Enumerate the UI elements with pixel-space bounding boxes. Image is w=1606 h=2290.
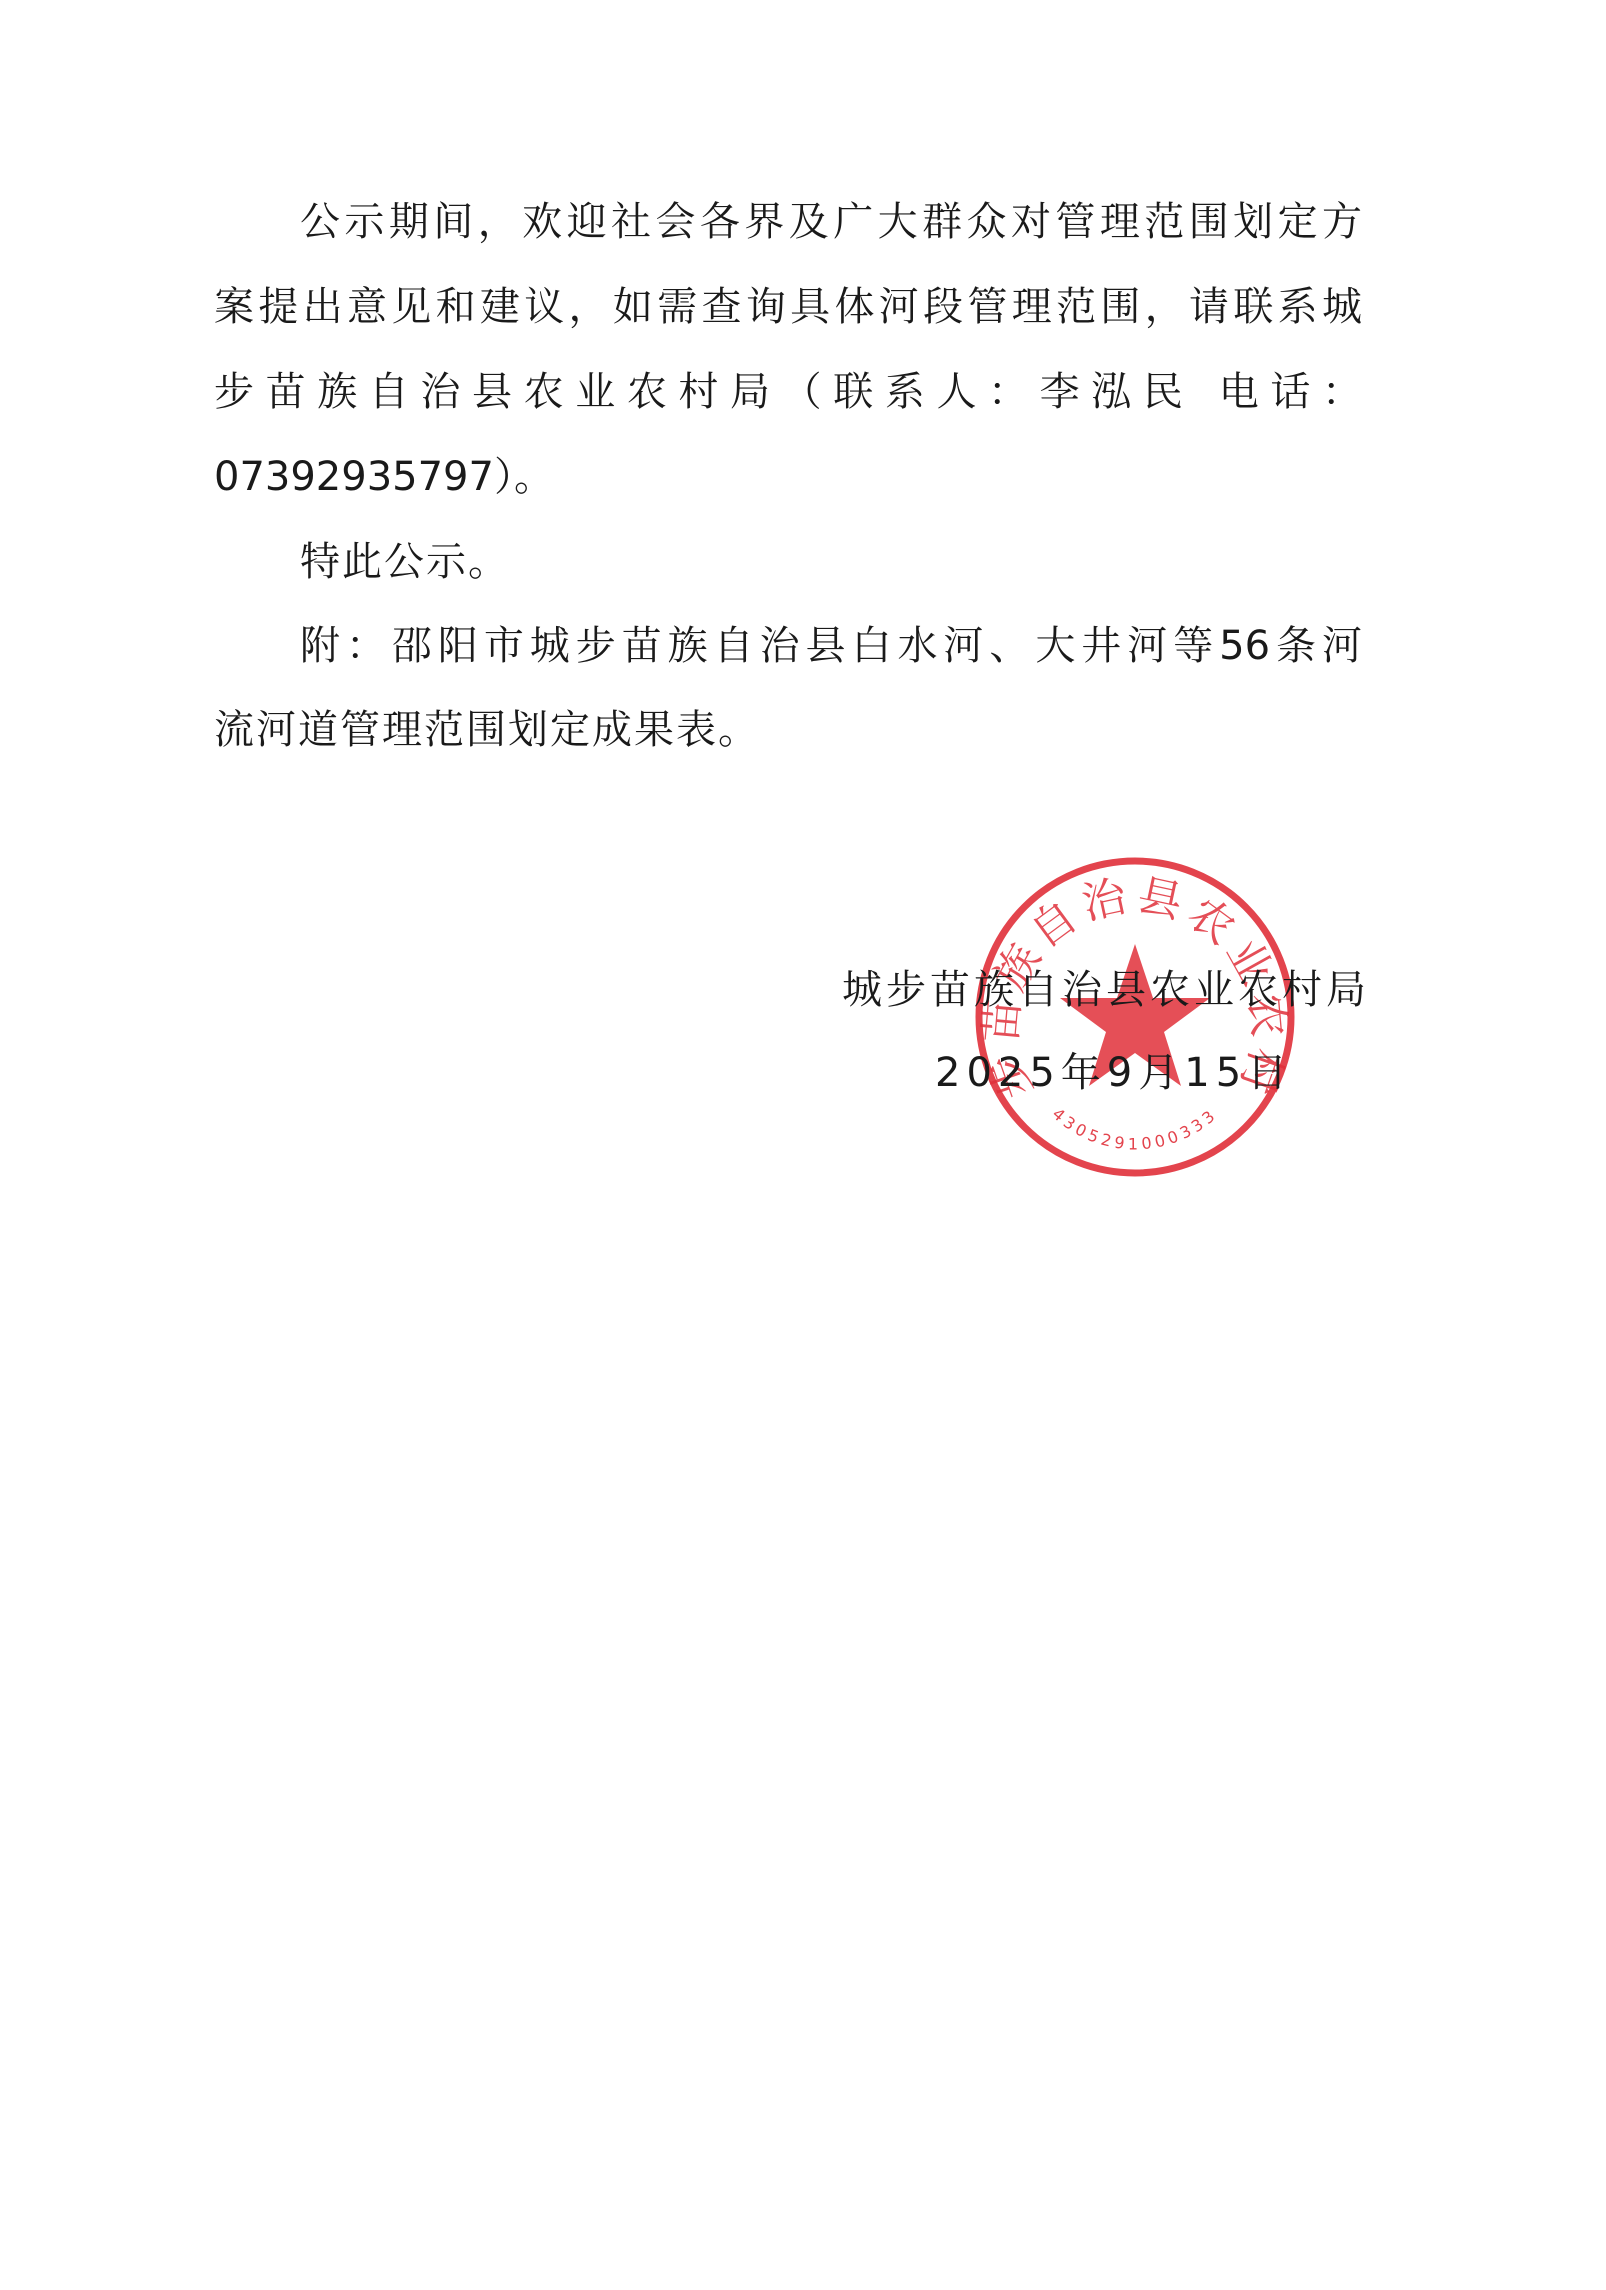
- official-seal-icon: 城步苗族自治县农业农村局 4305291000333: [970, 852, 1300, 1182]
- signature-date: 2025年9月15日: [935, 1049, 1293, 1097]
- paragraph-1-line-4: 07392935797）。: [214, 453, 554, 501]
- paragraph-2-line-1: 特此公示。: [300, 538, 510, 586]
- document-page: 公示期间，欢迎社会各界及广大群众对管理范围划定方 案提出意见和建议，如需查询具体…: [0, 0, 1606, 2290]
- paragraph-1-line-1: 公示期间，欢迎社会各界及广大群众对管理范围划定方: [300, 198, 1362, 246]
- svg-text:4305291000333: 4305291000333: [1049, 1104, 1222, 1153]
- signature-organization: 城步苗族自治县农业农村局: [842, 966, 1370, 1014]
- paragraph-3-line-1: 附：邵阳市城步苗族自治县白水河、大井河等56条河: [300, 622, 1362, 670]
- paragraph-1-line-2: 案提出意见和建议，如需查询具体河段管理范围，请联系城: [214, 283, 1362, 331]
- paragraph-3-line-2: 流河道管理范围划定成果表。: [214, 706, 760, 754]
- paragraph-1-line-3: 步苗族自治县农业农村局（联系人：李泓民 电话：: [214, 368, 1362, 416]
